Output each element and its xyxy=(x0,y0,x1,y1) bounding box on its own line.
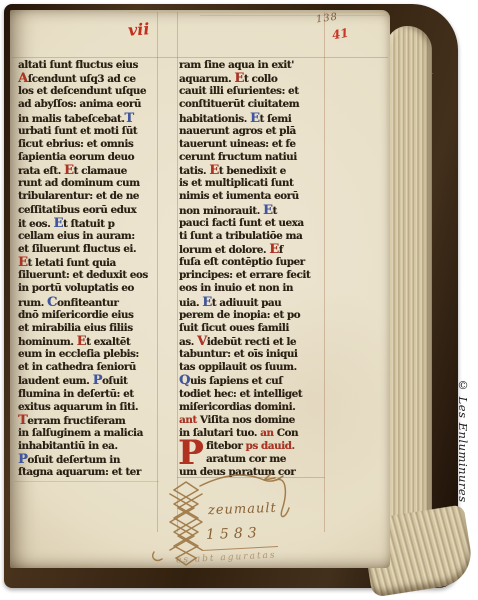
page-edge-line xyxy=(200,15,386,16)
manuscript-text-line: in ſalſuginem a malicia xyxy=(18,427,159,440)
manuscript-text-line: is et multiplicati ſunt xyxy=(179,177,327,190)
inscription-year: 1583 xyxy=(206,525,262,543)
book-photograph: vii 138 41 altati ſunt fluctus eiusAſcen… xyxy=(0,0,478,600)
manuscript-text-line: conſtituerūt ciuitatem xyxy=(179,98,327,111)
manuscript-text-line: nimis et iumenta eorū xyxy=(179,190,327,203)
manuscript-text-line: ſtagna aquarum: et ter xyxy=(18,466,159,479)
manuscript-text-line: pauci facti ſunt et uexa xyxy=(179,217,327,230)
manuscript-text-line: Poſuit deſertum in xyxy=(18,453,159,466)
manuscript-text-line: flumina in deſertū: et xyxy=(18,388,159,401)
text-column-right: ram ſine aqua in exit'aquarum. Et colloc… xyxy=(179,59,327,480)
manuscript-text-line: in portū voluptatis eo xyxy=(18,282,159,295)
manuscript-text-line: habitationis. Et ſemi xyxy=(179,112,327,125)
page-edge-line xyxy=(128,12,386,13)
manuscript-text-line: ſuit ſicut oues famili xyxy=(179,322,327,335)
manuscript-text-line: non minorauit. Et xyxy=(179,204,327,217)
manuscript-text-line: ceſſitatibus eorū edux xyxy=(18,204,159,217)
manuscript-text-line: urbati ſunt et moti ſūt xyxy=(18,125,159,138)
manuscript-text-line: eos in inuio et non in xyxy=(179,282,327,295)
manuscript-text-line: tas oppilauit os ſuum. xyxy=(179,361,327,374)
manuscript-text-line: ad abyſſos: anima eorū xyxy=(18,98,159,111)
photo-credit: © Les Enluminures xyxy=(456,378,470,503)
manuscript-text-line: altati ſunt fluctus eius xyxy=(18,59,159,72)
drop-cap-initial: P xyxy=(178,438,204,468)
manuscript-text-line: ſiluerunt: et deduxit eos xyxy=(18,269,159,282)
manuscript-text-line: ant Viſita nos domine xyxy=(179,414,327,427)
text-column-left: altati ſunt fluctus eiusAſcendunt uſq3 a… xyxy=(18,59,159,480)
manuscript-text-line: inhabitantiū in ea. xyxy=(18,440,159,453)
ruling-line xyxy=(14,481,159,482)
manuscript-text-line: runt ad dominum cum xyxy=(18,177,159,190)
manuscript-text-line: cerunt fructum natiui xyxy=(179,151,327,164)
manuscript-text-line: hominum. Et exaltēt xyxy=(18,335,159,348)
manuscript-text-line: Terram fructiferam xyxy=(18,414,159,427)
manuscript-text-line: rata eſt. Et clamaue xyxy=(18,164,159,177)
folio-number-ink: 138 xyxy=(315,12,338,26)
manuscript-text-line: tabuntur: et oīs iniqui xyxy=(179,348,327,361)
manuscript-text-line: fuſa eſt contēptio ſuper xyxy=(179,256,327,269)
manuscript-text-line: as. Videbūt recti et le xyxy=(179,335,327,348)
manuscript-text-line: uia. Et adiuuit pau xyxy=(179,296,327,309)
manuscript-text-line: et ſiluerunt fluctus ei. xyxy=(18,243,159,256)
manuscript-text-line: cellam eius in auram: xyxy=(18,230,159,243)
manuscript-text-line: ſapientia eorum deuo xyxy=(18,151,159,164)
ruling-line xyxy=(12,57,388,58)
manuscript-text-line: exitus aquarum in ſiti. xyxy=(18,401,159,414)
manuscript-text-line: todiet hec: et intelliget xyxy=(179,388,327,401)
manuscript-text-line: cauit illi eſurientes: et xyxy=(179,85,327,98)
manuscript-text-line: tauerunt uineas: et fe xyxy=(179,138,327,151)
manuscript-text-line: perem de inopia: et po xyxy=(179,309,327,322)
manuscript-text-line: et in cathedra ſeniorū xyxy=(18,361,159,374)
manuscript-text-line: in malis tabeſcebat.T xyxy=(18,112,159,125)
manuscript-text-line: dnō miſericordie eius xyxy=(18,309,159,322)
manuscript-text-line: ti ſunt a tribulatiōe ma xyxy=(179,230,327,243)
manuscript-text-line: et mirabilia eius filiis xyxy=(18,322,159,335)
manuscript-text-line: eum in eccleſia plebis: xyxy=(18,348,159,361)
manuscript-text-line: it eos. Et ſtatuit p xyxy=(18,217,159,230)
manuscript-text-line: Quis ſapiens et cuſ xyxy=(179,374,327,387)
manuscript-text-line: ſicut ebrius: et omnis xyxy=(18,138,159,151)
manuscript-text-line: rum. Confiteantur xyxy=(18,296,159,309)
manuscript-text-line: ram ſine aqua in exit' xyxy=(179,59,327,72)
manuscript-page: vii 138 41 altati ſunt fluctus eiusAſcen… xyxy=(10,10,390,568)
manuscript-text-line: tatis. Et benedixit e xyxy=(179,164,327,177)
manuscript-text-line: tribularentur: et de ne xyxy=(18,190,159,203)
inscription-name: zeumault xyxy=(208,501,277,518)
fore-edge-pages xyxy=(386,26,432,574)
folio-number-red: 41 xyxy=(331,26,350,43)
manuscript-text-line: nauerunt agros et plā xyxy=(179,125,327,138)
manuscript-text-line: miſericordias domini. xyxy=(179,401,327,414)
manuscript-text-line: lorum et dolore. Ef xyxy=(179,243,327,256)
manuscript-text-line: Aſcendunt uſq3 ad ce xyxy=(18,72,159,85)
manuscript-text-line: Et letati ſunt quia xyxy=(18,256,159,269)
manuscript-text-line: laudent eum. Poſuit xyxy=(18,374,159,387)
manuscript-text-line: los et deſcendunt uſque xyxy=(18,85,159,98)
manuscript-text-line: aquarum. Et collo xyxy=(179,72,327,85)
manuscript-text-line: principes: et errare fecit xyxy=(179,269,327,282)
quire-mark: vii xyxy=(127,19,150,39)
